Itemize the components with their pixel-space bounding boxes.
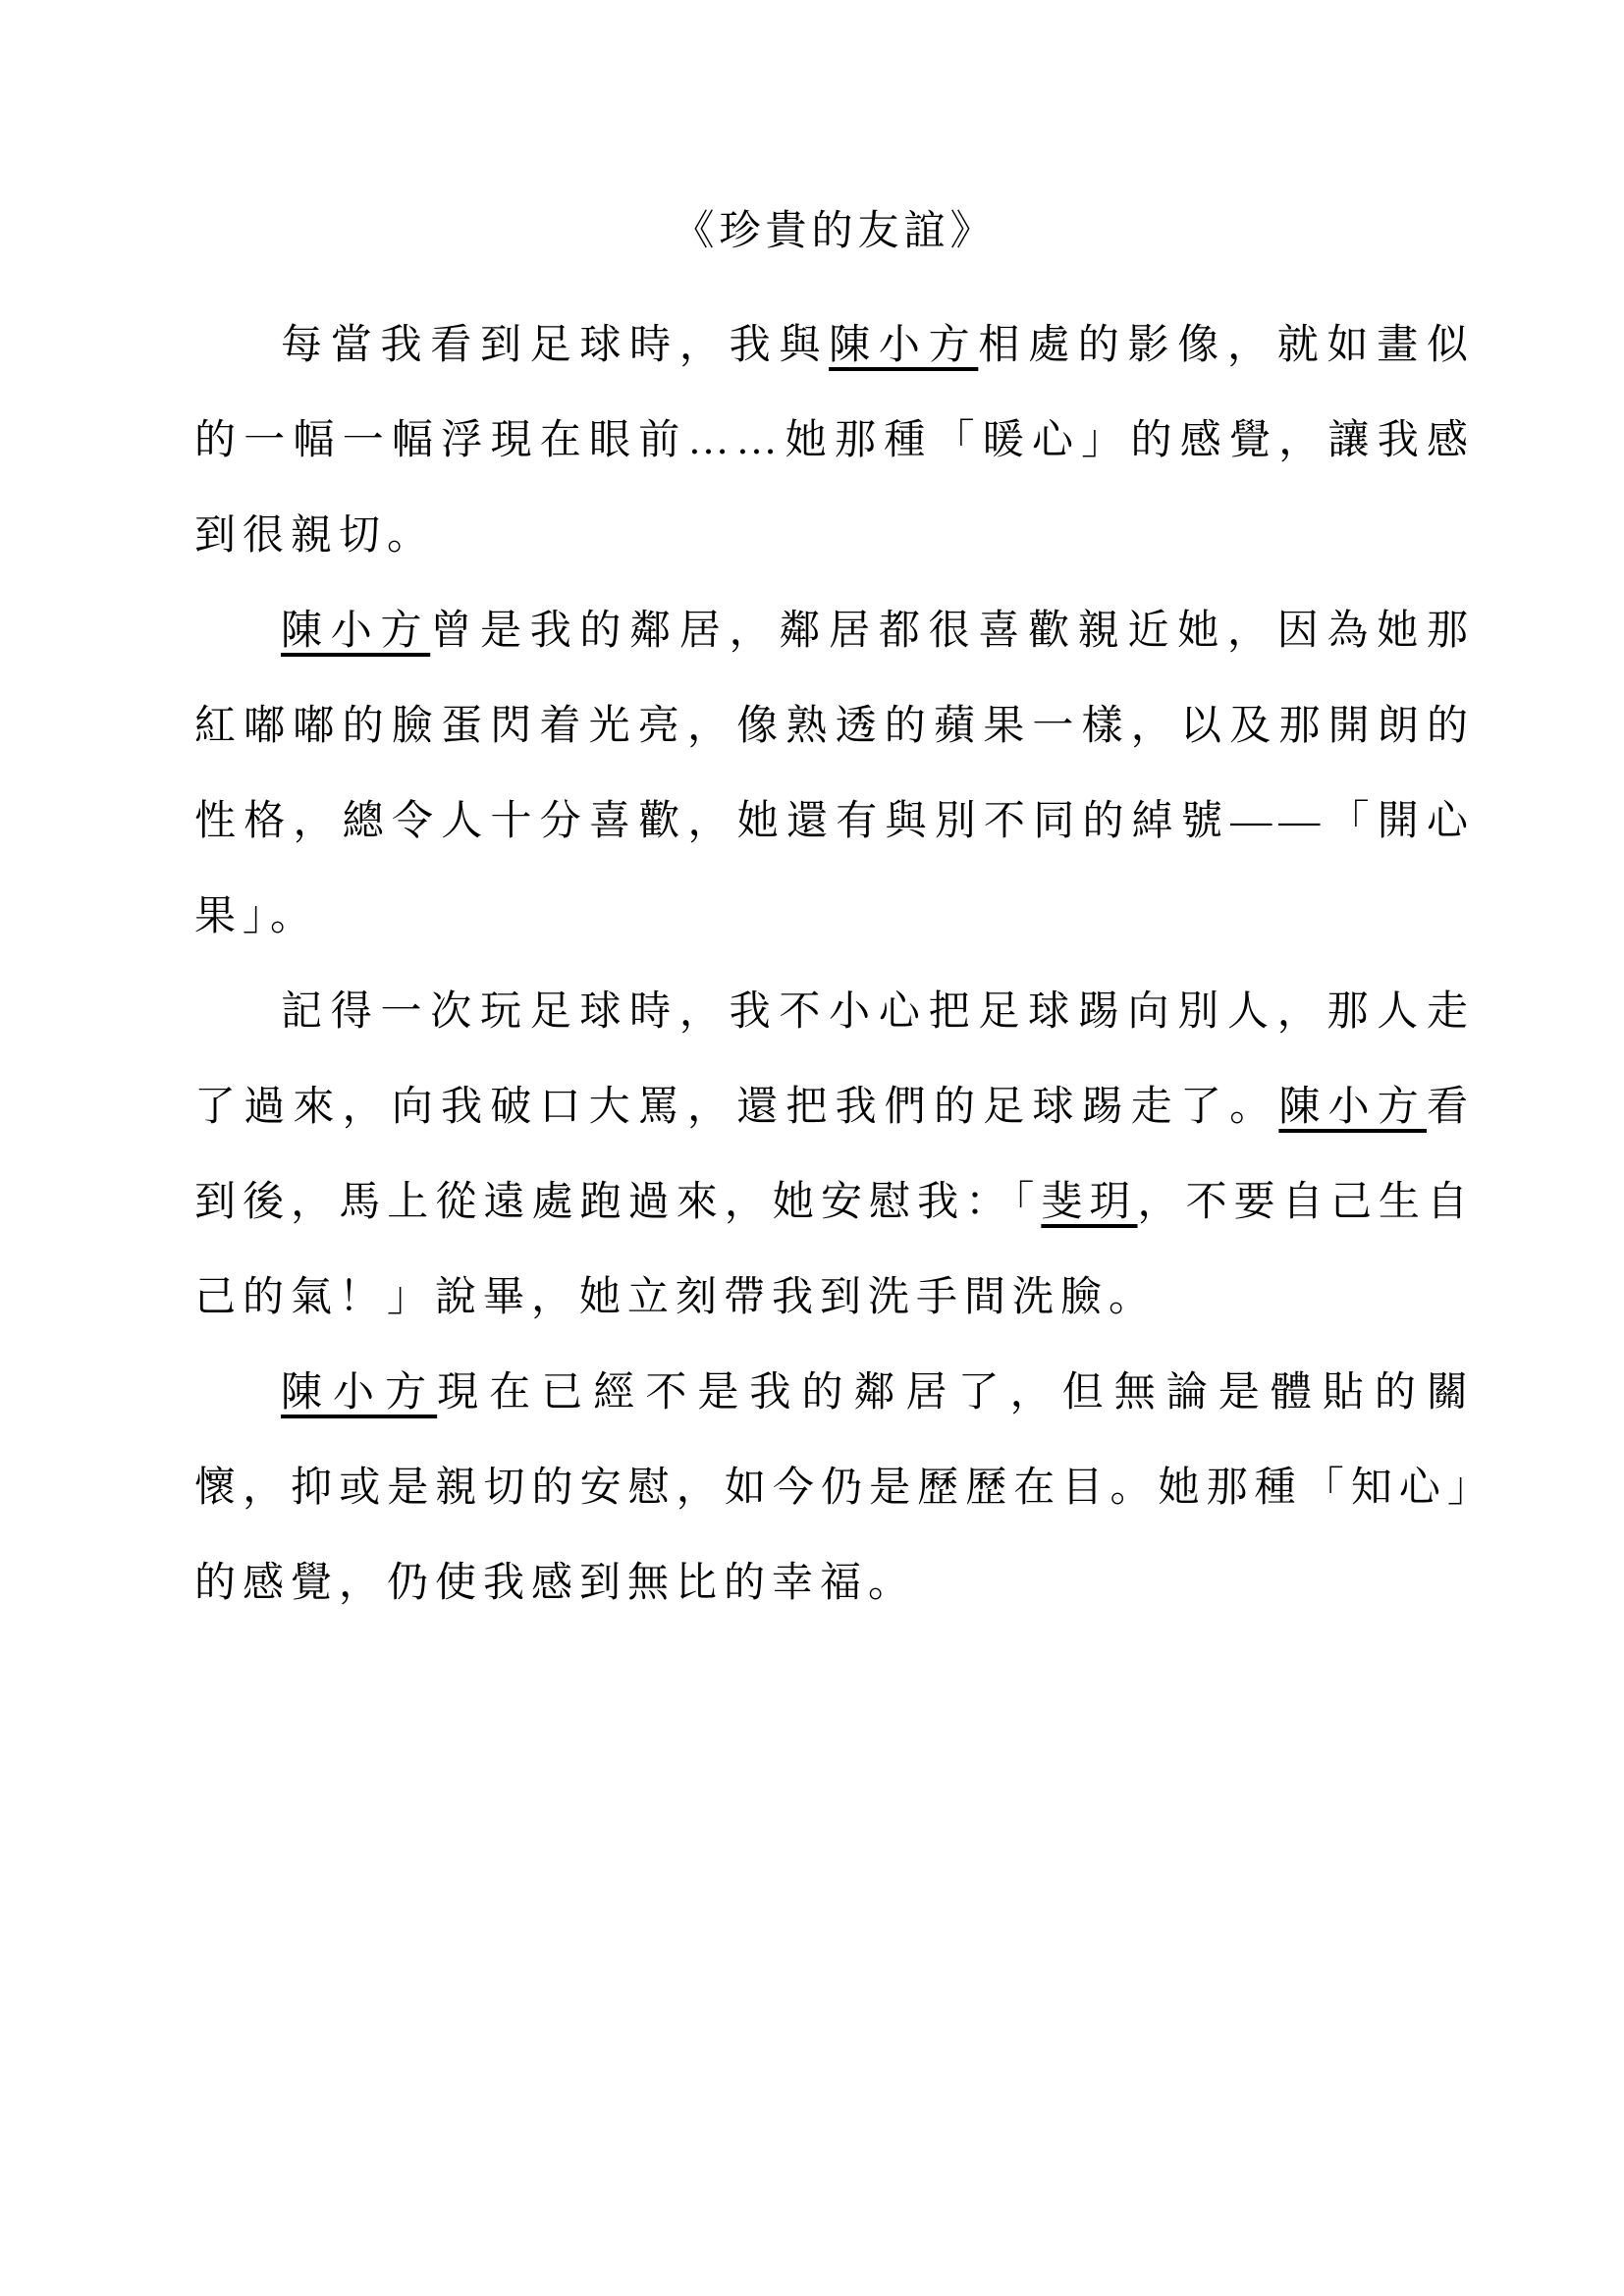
text-run: 每當我看到足球時，我與 [281,323,829,368]
underlined-name: 陳小方 [829,323,978,368]
text-run: 曾是我的鄰居，鄰居都很喜歡親近她，因為她那紅嘟嘟的臉蛋閃着光亮，像熟透的蘋果一樣… [194,609,1475,939]
paragraph: 陳小方現在已經不是我的鄰居了，但無論是體貼的關懷，抑或是親切的安慰，如今仍是歷歷… [194,1346,1475,1631]
paragraph: 每當我看到足球時，我與陳小方相處的影像，就如畫似的一幅一幅浮現在眼前……她那種「… [194,298,1475,584]
underlined-name: 斐玥 [1041,1180,1137,1225]
essay-body: 每當我看到足球時，我與陳小方相處的影像，就如畫似的一幅一幅浮現在眼前……她那種「… [194,298,1475,1631]
underlined-name: 陳小方 [1278,1085,1427,1130]
underlined-name: 陳小方 [281,1370,437,1415]
paragraph: 記得一次玩足球時，我不小心把足球踢向別人，那人走了過來，向我破口大罵，還把我們的… [194,965,1475,1346]
underlined-name: 陳小方 [281,609,430,654]
document-title: 《珍貴的友誼》 [194,204,1475,259]
document-page: 《珍貴的友誼》 每當我看到足球時，我與陳小方相處的影像，就如畫似的一幅一幅浮現在… [0,0,1624,2296]
paragraph: 陳小方曾是我的鄰居，鄰居都很喜歡親近她，因為她那紅嘟嘟的臉蛋閃着光亮，像熟透的蘋… [194,584,1475,965]
